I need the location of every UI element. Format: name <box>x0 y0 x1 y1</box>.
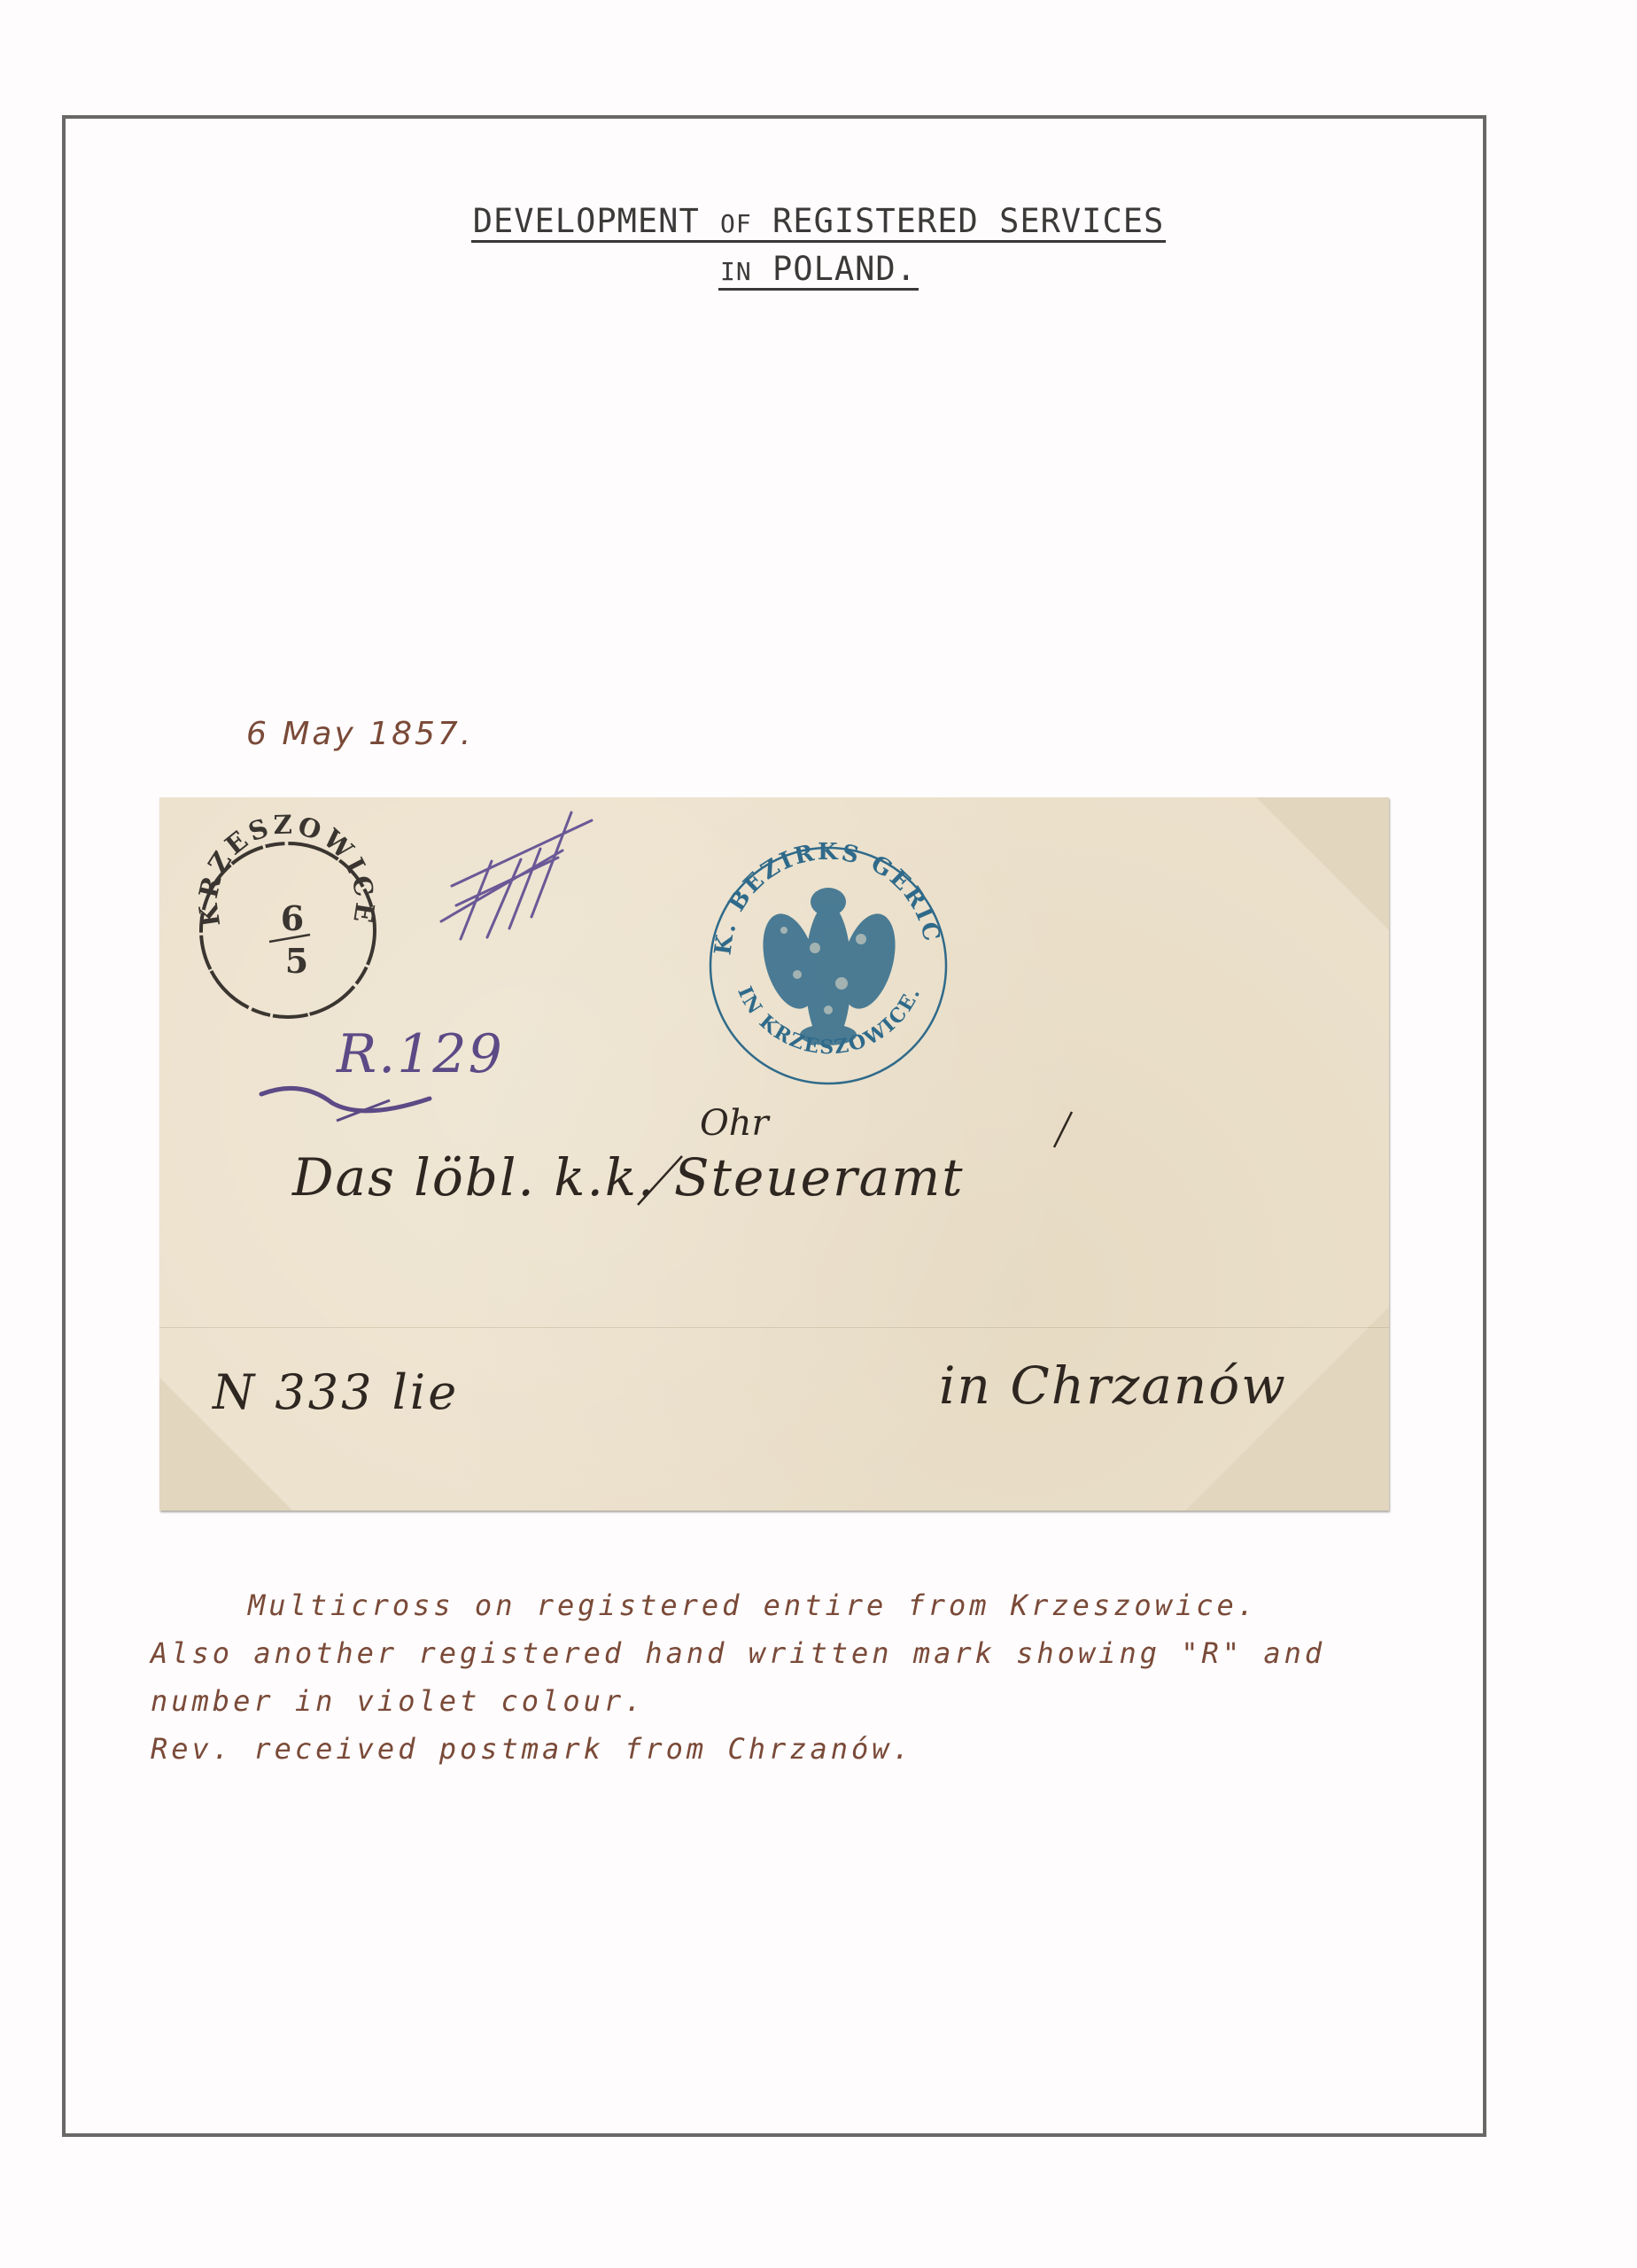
envelope-cover: KRZESZOWICE 6 5 K.K. BEZIRKS GERICHT IN … <box>159 797 1389 1511</box>
caption-line: Also another registered hand written mar… <box>151 1629 1408 1677</box>
registration-mark: R.129 <box>337 1023 504 1085</box>
caption-line: Multicross on registered entire from Krz… <box>151 1581 1408 1629</box>
multicross-mark <box>441 812 592 939</box>
svg-text:5: 5 <box>285 941 308 981</box>
title-underlined-text: IN POLAND. <box>718 252 919 291</box>
krzeszowice-postmark: KRZESZOWICE 6 5 <box>192 810 380 1017</box>
registration-underline <box>261 1088 430 1110</box>
caption-line: number in violet colour. <box>151 1677 1408 1725</box>
title-word-of: OF <box>720 209 752 238</box>
svg-text:6: 6 <box>281 898 304 938</box>
title-underlined-text: DEVELOPMENT OF REGISTERED SERVICES <box>471 205 1167 243</box>
handwritten-destination: in Chrzanów <box>939 1355 1287 1416</box>
handwritten-ohr: Ohr <box>700 1103 769 1144</box>
page-title-line-2: IN POLAND. <box>0 250 1637 291</box>
cover-date: 6 May 1857. <box>246 716 473 752</box>
handwritten-number: N 333 lie <box>213 1364 459 1420</box>
title-word-development: DEVELOPMENT <box>473 202 700 240</box>
handwritten-addressee: Das löbl. k.k. Steueramt <box>292 1147 965 1208</box>
cover-description: Multicross on registered entire from Krz… <box>151 1581 1408 1773</box>
page-title-line-1: DEVELOPMENT OF REGISTERED SERVICES <box>0 202 1637 243</box>
caption-line: Rev. received postmark from Chrzanów. <box>151 1725 1408 1773</box>
title-words-registered-services: REGISTERED SERVICES <box>772 202 1164 240</box>
title-word-in: IN <box>720 257 752 286</box>
title-word-poland: POLAND. <box>772 250 917 288</box>
